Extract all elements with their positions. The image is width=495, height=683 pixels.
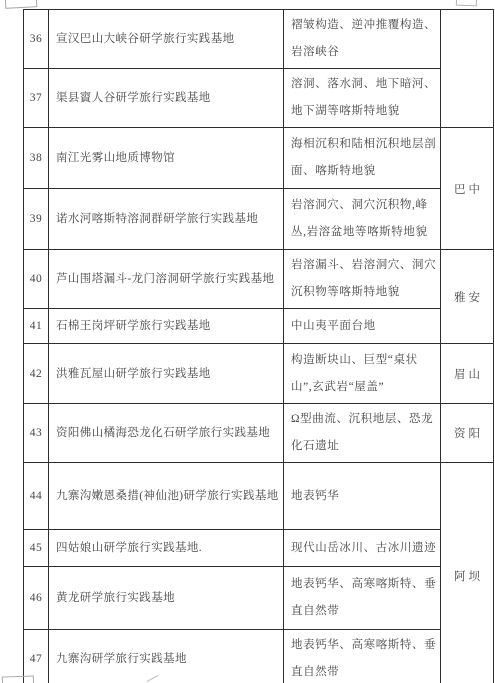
table-row: 39 诺水河喀斯特溶洞群研学旅行实践基地 岩溶洞穴、洞穴沉积物,峰丛,岩溶盆地等… bbox=[24, 189, 494, 250]
region-cell: 阿坝 bbox=[441, 463, 494, 683]
bases-table-container: 36 宣汉巴山大峡谷研学旅行实践基地 褶皱构造、逆冲推覆构造、岩溶峡谷 37 渠… bbox=[23, 9, 494, 683]
row-number: 37 bbox=[24, 69, 49, 128]
geological-features: 地表钙华、高寒喀斯特、垂直自然带 bbox=[284, 630, 441, 683]
base-name: 黄龙研学旅行实践基地 bbox=[49, 567, 284, 630]
table-row: 40 芦山围塔漏斗-龙门溶洞研学旅行实践基地 岩溶漏斗、岩溶洞穴、洞穴沉积物等喀… bbox=[24, 250, 494, 309]
base-name: 渠县賨人谷研学旅行实践基地 bbox=[49, 69, 284, 128]
row-number: 45 bbox=[24, 530, 49, 567]
row-number: 38 bbox=[24, 128, 49, 189]
region-cell: 资阳 bbox=[441, 404, 494, 463]
base-name: 诺水河喀斯特溶洞群研学旅行实践基地 bbox=[49, 189, 284, 250]
table-row: 41 石棉王岗坪研学旅行实践基地 中山夷平面台地 bbox=[24, 309, 494, 344]
geological-features: 构造断块山、巨型“桌状山”,玄武岩“屋盖” bbox=[284, 344, 441, 404]
region-cell bbox=[441, 10, 494, 128]
base-name: 南江光雾山地质博物馆 bbox=[49, 128, 284, 189]
base-name: 四姑娘山研学旅行实践基地. bbox=[49, 530, 284, 567]
table-row: 43 资阳佛山橘海恐龙化石研学旅行实践基地 Ω型曲流、沉积地层、恐龙化石遗址 资… bbox=[24, 404, 494, 463]
base-name: 资阳佛山橘海恐龙化石研学旅行实践基地 bbox=[49, 404, 284, 463]
row-number: 44 bbox=[24, 463, 49, 530]
scan-artifact-top-right bbox=[456, 0, 477, 6]
geological-features: 岩溶漏斗、岩溶洞穴、洞穴沉积物等喀斯特地貌 bbox=[284, 250, 441, 309]
table-row: 36 宣汉巴山大峡谷研学旅行实践基地 褶皱构造、逆冲推覆构造、岩溶峡谷 bbox=[24, 10, 494, 69]
row-number: 42 bbox=[24, 344, 49, 404]
row-number: 43 bbox=[24, 404, 49, 463]
region-cell: 雅安 bbox=[441, 250, 494, 344]
base-name: 洪雅瓦屋山研学旅行实践基地 bbox=[49, 344, 284, 404]
base-name: 九寨沟嫩恩桑措(神仙池)研学旅行实践基地 bbox=[49, 463, 284, 530]
geological-features: 海相沉积和陆相沉积地层剖面、喀斯特地貌 bbox=[284, 128, 441, 189]
region-cell: 眉山 bbox=[441, 344, 494, 404]
geological-features: 地表钙华、高寒喀斯特、垂直自然带 bbox=[284, 567, 441, 630]
bases-table: 36 宣汉巴山大峡谷研学旅行实践基地 褶皱构造、逆冲推覆构造、岩溶峡谷 37 渠… bbox=[23, 9, 494, 683]
base-name: 石棉王岗坪研学旅行实践基地 bbox=[49, 309, 284, 344]
row-number: 39 bbox=[24, 189, 49, 250]
geological-features: 地表钙华 bbox=[284, 463, 441, 530]
table-row: 46 黄龙研学旅行实践基地 地表钙华、高寒喀斯特、垂直自然带 bbox=[24, 567, 494, 630]
row-number: 46 bbox=[24, 567, 49, 630]
scan-artifact-bottom-left bbox=[2, 675, 34, 683]
table-row: 45 四姑娘山研学旅行实践基地. 现代山岳冰川、古冰川遗迹 bbox=[24, 530, 494, 567]
row-number: 41 bbox=[24, 309, 49, 344]
geological-features: 褶皱构造、逆冲推覆构造、岩溶峡谷 bbox=[284, 10, 441, 69]
geological-features: 溶洞、落水洞、地下暗河、地下湖等喀斯特地貌 bbox=[284, 69, 441, 128]
region-cell: 巴中 bbox=[441, 128, 494, 250]
table-row: 38 南江光雾山地质博物馆 海相沉积和陆相沉积地层剖面、喀斯特地貌 巴中 bbox=[24, 128, 494, 189]
base-name: 九寨沟研学旅行实践基地 bbox=[49, 630, 284, 683]
row-number: 40 bbox=[24, 250, 49, 309]
geological-features: 岩溶洞穴、洞穴沉积物,峰丛,岩溶盆地等喀斯特地貌 bbox=[284, 189, 441, 250]
row-number: 36 bbox=[24, 10, 49, 69]
table-row: 37 渠县賨人谷研学旅行实践基地 溶洞、落水洞、地下暗河、地下湖等喀斯特地貌 bbox=[24, 69, 494, 128]
base-name: 宣汉巴山大峡谷研学旅行实践基地 bbox=[49, 10, 284, 69]
table-row: 47 九寨沟研学旅行实践基地 地表钙华、高寒喀斯特、垂直自然带 bbox=[24, 630, 494, 683]
geological-features: 现代山岳冰川、古冰川遗迹 bbox=[284, 530, 441, 567]
scan-artifact-top-left bbox=[5, 0, 38, 9]
table-row: 42 洪雅瓦屋山研学旅行实践基地 构造断块山、巨型“桌状山”,玄武岩“屋盖” 眉… bbox=[24, 344, 494, 404]
base-name: 芦山围塔漏斗-龙门溶洞研学旅行实践基地 bbox=[49, 250, 284, 309]
scanned-document-page: 36 宣汉巴山大峡谷研学旅行实践基地 褶皱构造、逆冲推覆构造、岩溶峡谷 37 渠… bbox=[0, 0, 495, 683]
geological-features: Ω型曲流、沉积地层、恐龙化石遗址 bbox=[284, 404, 441, 463]
table-row: 44 九寨沟嫩恩桑措(神仙池)研学旅行实践基地 地表钙华 阿坝 bbox=[24, 463, 494, 530]
geological-features: 中山夷平面台地 bbox=[284, 309, 441, 344]
